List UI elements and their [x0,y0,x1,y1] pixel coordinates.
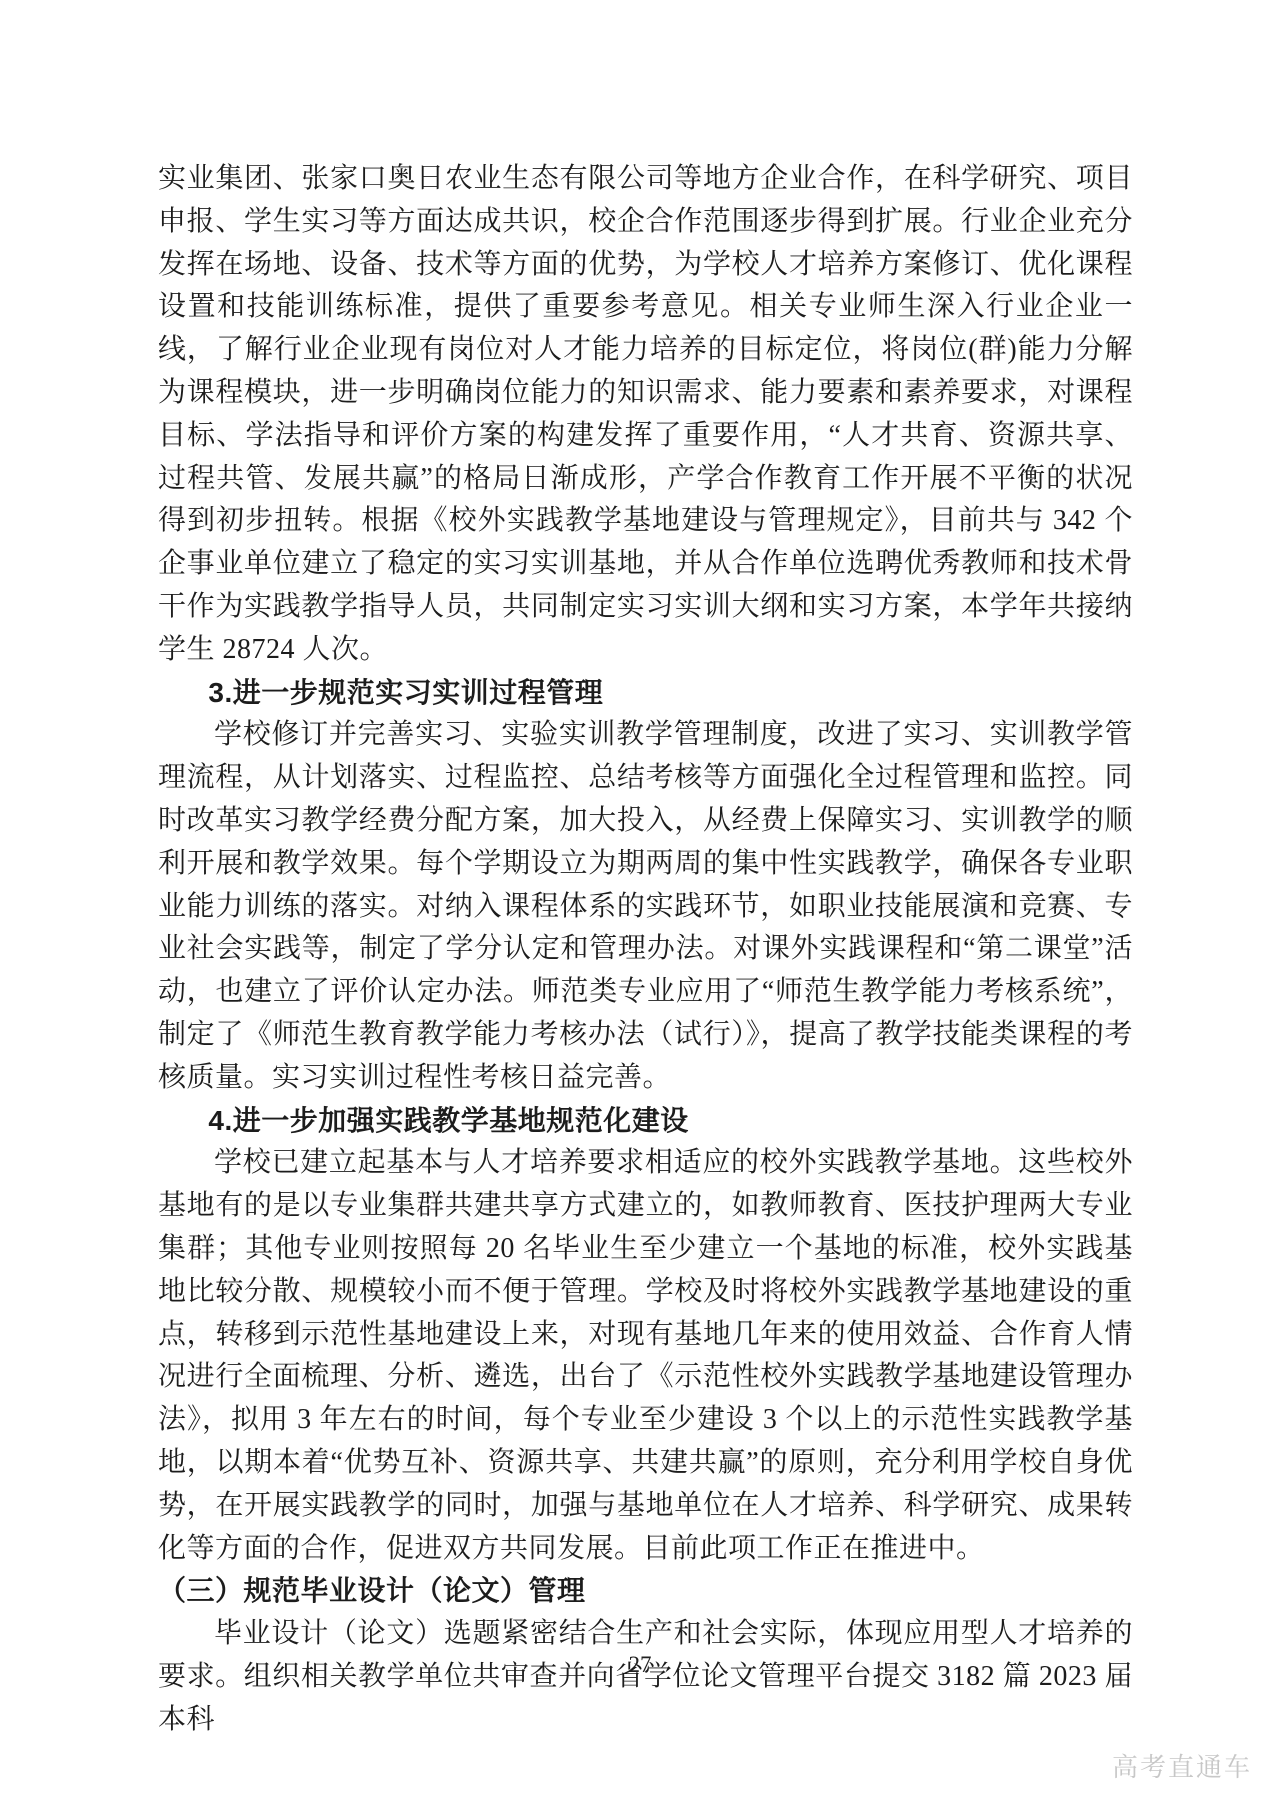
watermark-gaokao-express: 高考直通车 [1112,1747,1252,1784]
paragraph-school-enterprise-cooperation: 实业集团、张家口奥日农业生态有限公司等地方企业合作，在科学研究、项目申报、学生实… [158,158,1133,672]
heading-internship-process-management: 3.进一步规范实习实训过程管理 [158,672,1133,715]
heading-graduation-thesis-management: （三）规范毕业设计（论文）管理 [158,1570,1133,1613]
document-text-block: 实业集团、张家口奥日农业生态有限公司等地方企业合作，在科学研究、项目申报、学生实… [158,158,1133,1741]
document-page: 实业集团、张家口奥日农业生态有限公司等地方企业合作，在科学研究、项目申报、学生实… [0,0,1280,1810]
paragraph-internship-process-management: 学校修订并完善实习、实验实训教学管理制度，改进了实习、实训教学管理流程，从计划落… [158,714,1133,1099]
heading-practice-base-standardization: 4.进一步加强实践教学基地规范化建设 [158,1100,1133,1143]
paragraph-practice-base-standardization: 学校已建立起基本与人才培养要求相适应的校外实践教学基地。这些校外基地有的是以专业… [158,1142,1133,1570]
page-number: 27 [0,1652,1280,1678]
